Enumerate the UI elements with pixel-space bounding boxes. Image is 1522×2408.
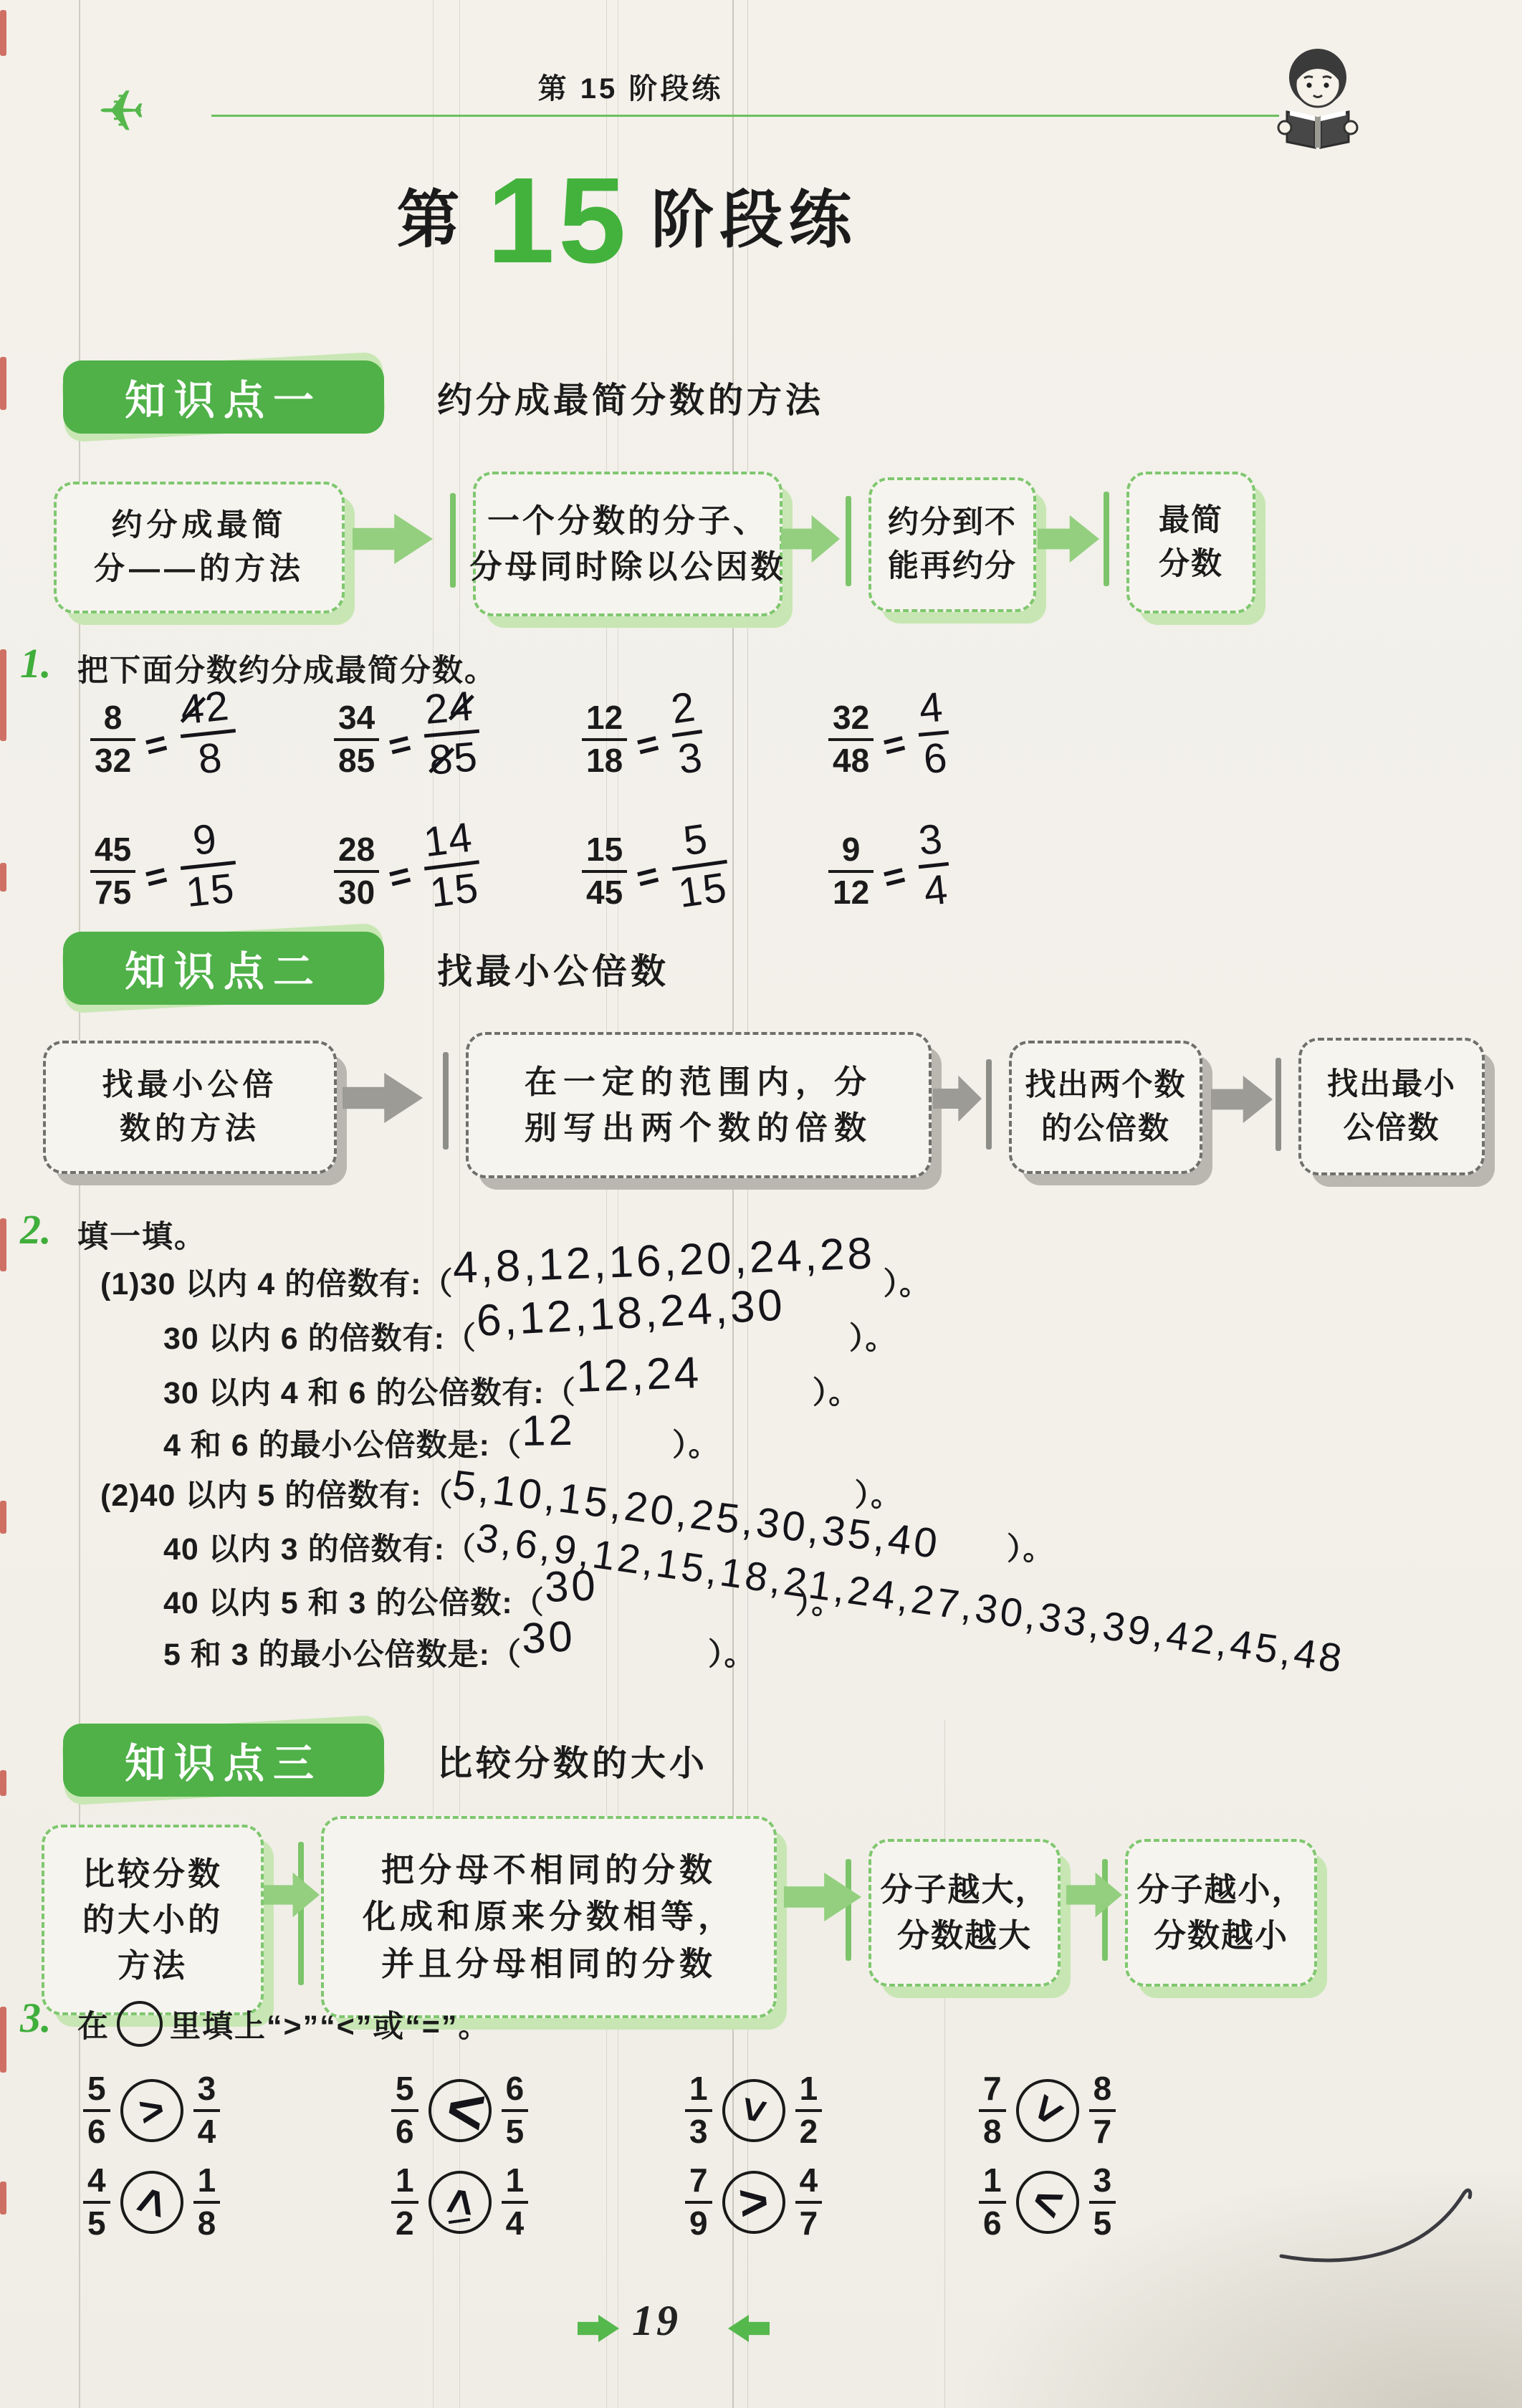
flow-box: 分子越大，分数越大 — [868, 1839, 1061, 1987]
scan-red-mark — [0, 1770, 6, 1796]
handwritten-comparison-symbol: > — [736, 2172, 771, 2232]
handwritten-answer-fraction: 915 — [176, 816, 240, 915]
scan-red-mark — [0, 2007, 6, 2073]
handwritten-answer: 12,24 — [576, 1363, 813, 1414]
handwritten-digit: 9 — [191, 816, 220, 864]
fill-in-prefix: 5 和 3 的最小公倍数是:（ — [163, 1638, 522, 1672]
fraction-simplify-item: 4575=915 — [90, 824, 235, 919]
printed-fraction: 34 — [193, 2071, 221, 2149]
fraction-denominator: 4 — [502, 2201, 529, 2242]
handwritten-comparison-symbol: < — [1018, 2084, 1077, 2136]
flow-box: 一个分数的分子、分母同时除以公因数 — [473, 472, 782, 616]
flow-box-line: 方法 — [118, 1943, 188, 1989]
fill-in-line: 5 和 3 的最小公倍数是:（30）。 — [163, 1625, 756, 1675]
handwritten-numerator: 2 — [666, 685, 702, 734]
question-2-number: 2. — [20, 1205, 52, 1253]
scan-red-mark — [0, 863, 6, 892]
fill-in-line: 40 以内 3 的倍数有:（3,6,9,12,15,18,21,24,27,30… — [163, 1522, 1054, 1569]
scan-crease-line — [747, 0, 748, 2408]
fraction-numerator: 1 — [685, 2071, 712, 2109]
handwritten-answer-text: 30 — [520, 1611, 576, 1663]
arrow-left-icon — [728, 2315, 770, 2342]
handwritten-equals: = — [632, 854, 664, 901]
flow-box-line: 把分母不相同的分数 — [381, 1847, 717, 1893]
handwritten-equals: = — [140, 854, 172, 901]
handwritten-digit: 15 — [427, 864, 482, 917]
printed-fraction: 12 — [391, 2163, 418, 2241]
fraction-denominator: 18 — [582, 738, 627, 779]
scan-red-mark — [0, 1501, 6, 1534]
handwritten-digit: 6 — [922, 734, 950, 783]
printed-fraction: 47 — [795, 2163, 823, 2241]
printed-fraction: 79 — [685, 2163, 712, 2241]
plane-icon: ✈ — [97, 83, 145, 140]
printed-fraction: 16 — [979, 2163, 1006, 2241]
fraction-numerator: 3 — [1089, 2163, 1116, 2201]
scan-red-mark — [0, 1218, 6, 1271]
fraction-simplify-item: 1218=23 — [582, 692, 702, 787]
printed-fraction: 35 — [1089, 2163, 1116, 2241]
flow-connector-bar — [450, 493, 456, 588]
handwritten-equals: = — [632, 722, 664, 769]
flow-connector-bar — [986, 1059, 992, 1150]
printed-fraction: 56 — [83, 2071, 110, 2149]
handwritten-answer: 30 — [522, 1625, 708, 1675]
fraction-simplify-item: 912=34 — [828, 824, 949, 919]
flow-box: 在一定的范围内，分别写出两个数的倍数 — [466, 1032, 932, 1178]
fraction-denominator: 9 — [685, 2201, 712, 2242]
handwritten-denominator: 15 — [672, 860, 733, 917]
fraction-denominator: 48 — [828, 738, 874, 779]
fraction-denominator: 6 — [979, 2201, 1006, 2242]
fraction-compare-item: 78<87 — [979, 2071, 1116, 2149]
handwritten-digit: 2 — [668, 683, 699, 732]
scan-red-mark — [0, 10, 6, 56]
flow-box-line: 数的方法 — [120, 1107, 260, 1151]
page-number: 19 — [632, 2296, 681, 2346]
fraction-simplify-item: 1545=515 — [582, 824, 727, 919]
flow-box-line: 别写出两个数的倍数 — [525, 1105, 873, 1151]
flow-box: 找出最小公倍数 — [1298, 1038, 1485, 1175]
fraction-numerator: 8 — [90, 700, 135, 738]
handwritten-answer-fraction: 34 — [914, 817, 954, 914]
printed-fraction: 56 — [391, 2071, 418, 2149]
handwritten-digit: 3 — [916, 816, 945, 864]
fill-in-prefix: 40 以内 5 和 3 的公倍数:（ — [163, 1586, 545, 1620]
flow-box-line: 找出最小 — [1327, 1063, 1456, 1107]
header-title: 第 15 阶段练 — [494, 66, 767, 107]
handwritten-numerator: 9 — [176, 816, 235, 866]
handwritten-answer-text: 12,24 — [575, 1347, 702, 1403]
fraction-compare-item: 13<12 — [685, 2071, 822, 2149]
printed-fraction: 3248 — [828, 700, 874, 778]
flow-box-line: 一个分数的分子、 — [487, 498, 768, 544]
scan-crease-line — [944, 1720, 945, 2408]
handwritten-numerator: 4 — [914, 685, 949, 732]
fraction-numerator: 8 — [1089, 2071, 1116, 2109]
flow-arrow-icon — [1066, 1870, 1122, 1919]
flow-box-line: 比较分数 — [82, 1851, 223, 1897]
handwritten-answer-fraction: 1415 — [418, 816, 484, 916]
handwritten-digit: 14 — [421, 813, 475, 866]
handwritten-digit: 5 — [451, 733, 480, 782]
fraction-numerator: 1 — [193, 2163, 221, 2201]
fraction-denominator: 75 — [90, 870, 135, 911]
handwritten-equals: = — [879, 722, 910, 769]
fraction-denominator: 4 — [193, 2109, 221, 2150]
fraction-denominator: 7 — [1089, 2109, 1116, 2150]
flow-box-line: 分数越大 — [897, 1913, 1032, 1959]
flow-box-line: 并且分母相同的分数 — [381, 1941, 717, 1987]
fraction-numerator: 9 — [828, 832, 874, 870]
fraction-numerator: 32 — [828, 700, 874, 738]
arrow-right-icon — [578, 2315, 619, 2342]
handwritten-digit: 4 — [917, 684, 946, 732]
answer-circle: < — [1016, 2171, 1079, 2234]
fraction-compare-item: 45>18 — [83, 2163, 220, 2241]
question-3-prompt-pre: 在 — [77, 2010, 110, 2044]
flow-box-line: 约分到不 — [888, 501, 1017, 545]
handwritten-comparison-symbol: > — [135, 2084, 168, 2136]
flow-arrow-icon — [264, 1870, 320, 1919]
handwritten-answer-fraction: 23 — [666, 685, 709, 783]
handwritten-comparison-symbol: < — [441, 2070, 491, 2150]
badge-label: 知识点二 — [63, 932, 384, 1005]
scan-crease-line — [732, 0, 734, 2408]
flow-box-line: 化成和原来分数相等， — [363, 1893, 735, 1940]
blank-circle-icon — [117, 2001, 163, 2047]
flow-connector-bar — [1104, 492, 1109, 586]
answer-circle: < — [1016, 2079, 1079, 2142]
handwritten-numerator: 42 — [176, 684, 235, 735]
handwritten-digit: 15 — [183, 864, 237, 916]
printed-fraction: 18 — [193, 2163, 221, 2241]
fraction-numerator: 12 — [582, 700, 627, 738]
fill-in-line: (2)40 以内 5 的倍数有:（5,10,15,20,25,30,35,40）… — [100, 1468, 902, 1516]
printed-fraction: 4575 — [90, 832, 135, 910]
flow-box-line: 约分成最简 — [112, 504, 287, 548]
answer-circle: > — [120, 2171, 183, 2234]
question-3-prompt: 在里填上“>”“<”或“=”。 — [77, 2001, 490, 2047]
fraction-numerator: 15 — [582, 832, 627, 870]
fill-in-prefix: (2)40 以内 5 的倍数有:（ — [100, 1478, 453, 1513]
fraction-compare-item: 16<35 — [979, 2163, 1116, 2241]
workbook-page: ✈ 第 15 阶段练 第 15 阶段练 知识点一 约分成最简分数的方法 知识点二… — [0, 0, 1522, 2408]
header-rule — [211, 115, 1279, 117]
page-title: 第 15 阶段练 — [215, 169, 1039, 273]
scan-crease-line — [606, 0, 607, 2408]
handwritten-denominator: 6 — [918, 730, 952, 782]
answer-circle: > — [429, 2171, 492, 2234]
handwritten-denominator: 4 — [918, 862, 953, 914]
flow-connector-bar — [298, 1842, 304, 1985]
flow-box-line: 分子越小， — [1136, 1867, 1305, 1913]
fraction-numerator: 3 — [193, 2071, 221, 2109]
section-3-title: 比较分数的大小 — [437, 1736, 708, 1786]
handwritten-comparison-symbol: < — [727, 2093, 780, 2127]
badge-knowledge-point-1: 知识点一 — [63, 360, 384, 434]
flow-connector-bar — [846, 496, 851, 586]
fraction-denominator: 8 — [193, 2201, 221, 2242]
fill-in-line: 4 和 6 的最小公倍数是:（12）。 — [163, 1416, 720, 1466]
flow-box: 找最小公倍数的方法 — [43, 1041, 337, 1174]
printed-fraction: 3485 — [334, 700, 379, 778]
printed-fraction: 12 — [795, 2071, 823, 2149]
flow-connector-bar — [846, 1859, 851, 1961]
printed-fraction: 78 — [979, 2071, 1006, 2149]
flow-box-line: 在一定的范围内，分 — [525, 1059, 873, 1105]
handwritten-numerator: 14 — [418, 816, 479, 867]
flow-arrow-icon — [933, 1074, 982, 1124]
fill-in-suffix: ）。 — [795, 1586, 843, 1620]
printed-fraction: 1545 — [582, 832, 627, 910]
flow-connector-bar — [1275, 1058, 1281, 1151]
handwritten-swoosh — [1275, 2171, 1490, 2279]
handwritten-digit: 4 — [922, 866, 951, 914]
handwritten-digit: 15 — [675, 864, 730, 917]
handwritten-answer-fraction: 515 — [666, 815, 733, 916]
fraction-simplify-item: 3248=46 — [828, 692, 949, 787]
answer-circle: < — [429, 2079, 492, 2142]
handwritten-numerator: 24 — [420, 684, 479, 734]
scan-crease-line — [433, 0, 434, 2408]
printed-fraction: 1218 — [582, 700, 627, 778]
section-1-title: 约分成最简分数的方法 — [437, 373, 824, 423]
handwritten-denominator: 8 — [180, 729, 239, 784]
printed-fraction: 13 — [685, 2071, 712, 2149]
boy-reading-icon — [1274, 44, 1361, 153]
fraction-numerator: 1 — [391, 2163, 418, 2201]
fraction-denominator: 12 — [828, 870, 874, 911]
fraction-compare-item: 79>47 — [685, 2163, 822, 2241]
fraction-compare-item: 56>34 — [83, 2071, 220, 2149]
fill-in-prefix: 30 以内 4 和 6 的公倍数有:（ — [163, 1376, 576, 1410]
flow-arrow-icon — [781, 513, 840, 565]
flow-box: 约分到不能再约分 — [868, 477, 1036, 612]
section-2-title: 找最小公倍数 — [437, 944, 669, 994]
page-title-number: 15 — [487, 169, 629, 273]
handwritten-digit: 5 — [680, 815, 711, 864]
fraction-simplify-item: 832=428 — [90, 692, 235, 787]
flow-arrow-icon — [353, 512, 433, 566]
fill-in-suffix: ）。 — [813, 1376, 861, 1410]
handwritten-answer: 12 — [522, 1416, 672, 1466]
printed-fraction: 912 — [828, 832, 874, 910]
printed-fraction: 2830 — [334, 832, 379, 910]
badge-knowledge-point-3: 知识点三 — [63, 1724, 384, 1797]
handwritten-denominator: 15 — [180, 861, 239, 916]
handwritten-answer: 5,10,15,20,25,30,35,40 — [453, 1468, 854, 1516]
flow-arrow-icon — [343, 1071, 423, 1125]
printed-fraction: 45 — [83, 2163, 110, 2241]
handwritten-comparison-symbol: > — [432, 2185, 488, 2219]
fraction-denominator: 6 — [391, 2109, 418, 2150]
flow-box: 分子越小，分数越小 — [1125, 1839, 1317, 1987]
question-2-prompt: 填一填。 — [77, 1213, 206, 1256]
answer-circle: < — [722, 2079, 785, 2142]
handwritten-equals: = — [384, 854, 416, 901]
fill-in-prefix: 4 和 6 的最小公倍数是:（ — [163, 1428, 522, 1463]
handwritten-denominator: 3 — [671, 730, 708, 783]
handwritten-equals: = — [140, 722, 172, 769]
flow-box-line: 能再约分 — [888, 545, 1017, 588]
handwritten-numerator: 3 — [914, 817, 949, 865]
fill-in-suffix: ）。 — [672, 1428, 720, 1463]
answer-circle: > — [722, 2171, 785, 2234]
handwritten-comparison-symbol: < — [1024, 2171, 1071, 2233]
fill-in-line: 30 以内 4 和 6 的公倍数有:（12,24）。 — [163, 1363, 860, 1414]
fraction-numerator: 1 — [979, 2163, 1006, 2201]
scan-red-mark — [0, 2182, 6, 2214]
fraction-numerator: 1 — [795, 2071, 823, 2109]
flow-box-line: 的大小的 — [82, 1897, 223, 1943]
flow-box-line: 找最小公倍 — [102, 1064, 278, 1107]
fill-in-suffix: ）。 — [708, 1638, 756, 1672]
fraction-denominator: 3 — [685, 2109, 712, 2150]
handwritten-answer: 30 — [545, 1574, 795, 1623]
flow-box-line: 分数 — [1159, 543, 1223, 586]
scan-crease-line — [618, 0, 618, 2408]
fraction-denominator: 6 — [83, 2109, 110, 2150]
printed-fraction: 14 — [502, 2163, 529, 2241]
printed-fraction: 832 — [90, 700, 135, 778]
scan-crease-line — [459, 0, 460, 2408]
flow-box-line: 找出两个数 — [1025, 1064, 1187, 1107]
handwritten-dash — [448, 2218, 469, 2224]
flow-arrow-icon — [1038, 513, 1099, 565]
scan-red-mark — [0, 649, 6, 741]
flow-arrow-icon — [1211, 1074, 1273, 1125]
scan-red-mark — [0, 357, 6, 410]
crossed-out-digit: 4 — [447, 684, 475, 730]
crossed-out-digit: 8 — [427, 737, 455, 783]
fraction-denominator: 7 — [795, 2201, 823, 2242]
fraction-numerator: 34 — [334, 700, 379, 738]
flow-box-line: 的公倍数 — [1041, 1107, 1170, 1151]
question-1-number: 1. — [20, 639, 52, 687]
fill-in-suffix: ）。 — [854, 1478, 902, 1513]
flow-box-line: 公倍数 — [1344, 1107, 1440, 1150]
fraction-denominator: 8 — [979, 2109, 1006, 2150]
badge-knowledge-point-2: 知识点二 — [63, 932, 384, 1005]
badge-label: 知识点一 — [63, 360, 384, 434]
fraction-denominator: 85 — [334, 738, 379, 779]
fraction-denominator: 30 — [334, 870, 379, 911]
handwritten-digit: 2 — [423, 684, 451, 733]
handwritten-digit: 3 — [675, 733, 706, 783]
flow-box-line: 分子越大， — [880, 1867, 1048, 1913]
flow-box: 把分母不相同的分数化成和原来分数相等，并且分母相同的分数 — [321, 1816, 777, 2018]
fraction-denominator: 5 — [502, 2109, 529, 2150]
fill-in-suffix: ）。 — [849, 1322, 897, 1356]
question-1-prompt: 把下面分数约分成最简分数。 — [77, 646, 497, 690]
handwritten-denominator: 85 — [423, 730, 482, 783]
fill-in-line: 40 以内 5 和 3 的公倍数:（30）。 — [163, 1574, 843, 1623]
fraction-denominator: 5 — [83, 2201, 110, 2242]
fraction-compare-item: 56<65 — [391, 2071, 528, 2149]
fraction-denominator: 5 — [1089, 2201, 1116, 2242]
handwritten-comparison-symbol: > — [121, 2180, 182, 2224]
handwritten-answer-fraction: 2485 — [420, 684, 483, 783]
handwritten-answer-text: 30 — [544, 1560, 599, 1612]
handwritten-digit: 8 — [196, 734, 225, 783]
fill-in-prefix: 30 以内 6 的倍数有:（ — [163, 1322, 477, 1356]
fraction-numerator: 6 — [502, 2071, 529, 2109]
fill-in-prefix: 40 以内 3 的倍数有:（ — [163, 1532, 477, 1567]
handwritten-answer-fraction: 46 — [914, 685, 953, 782]
fraction-compare-item: 12>14 — [391, 2163, 528, 2241]
question-3-prompt-post: 里填上“>”“<”或“=”。 — [170, 2010, 490, 2044]
handwritten-answer-text: 4,8,12,16,20,24,28 — [452, 1228, 876, 1294]
printed-fraction: 65 — [502, 2071, 529, 2149]
fraction-numerator: 7 — [979, 2071, 1006, 2109]
flow-box: 比较分数的大小的方法 — [42, 1825, 264, 2015]
fill-in-prefix: (1)30 以内 4 的倍数有:（ — [100, 1267, 453, 1301]
answer-circle: > — [120, 2079, 183, 2142]
fraction-denominator: 32 — [90, 738, 135, 779]
handwritten-answer-fraction: 428 — [176, 684, 240, 783]
flow-box-line: 分数越小 — [1154, 1913, 1288, 1959]
flow-box: 约分成最简分——的方法 — [54, 482, 345, 613]
page-title-suffix: 阶段练 — [651, 170, 858, 273]
handwritten-answer-text: 12 — [521, 1405, 575, 1456]
fraction-numerator: 1 — [502, 2163, 529, 2201]
printed-fraction: 87 — [1089, 2071, 1116, 2149]
fraction-numerator: 4 — [795, 2163, 823, 2201]
fraction-numerator: 45 — [90, 832, 135, 870]
handwritten-equals: = — [879, 854, 910, 901]
handwritten-denominator: 15 — [423, 860, 484, 916]
fraction-denominator: 2 — [795, 2109, 823, 2150]
handwritten-equals: = — [384, 722, 416, 769]
flow-box: 最简分数 — [1126, 472, 1255, 613]
crossed-out-digit: 4 — [178, 687, 207, 732]
fraction-simplify-item: 2830=1415 — [334, 824, 479, 919]
fill-in-suffix: ）。 — [883, 1267, 931, 1301]
fraction-numerator: 5 — [391, 2071, 418, 2109]
fraction-numerator: 4 — [83, 2163, 110, 2201]
flow-box: 找出两个数的公倍数 — [1009, 1041, 1202, 1174]
flow-box-line: 分——的方法 — [94, 548, 305, 591]
flow-box-line: 分母同时除以公因数 — [470, 544, 786, 590]
fraction-numerator: 28 — [334, 832, 379, 870]
page-title-prefix: 第 — [396, 170, 465, 273]
badge-label: 知识点三 — [63, 1724, 384, 1797]
fraction-numerator: 7 — [685, 2163, 712, 2201]
handwritten-numerator: 5 — [666, 815, 727, 867]
fill-in-line: 30 以内 6 的倍数有:（6,12,18,24,30）。 — [163, 1309, 896, 1360]
fill-in-suffix: ）。 — [1007, 1532, 1055, 1567]
fraction-denominator: 45 — [582, 870, 627, 911]
fraction-numerator: 5 — [83, 2071, 110, 2109]
fraction-denominator: 2 — [391, 2201, 418, 2242]
flow-connector-bar — [443, 1052, 449, 1150]
question-3-number: 3. — [20, 1994, 52, 2042]
flow-box-line: 最简 — [1159, 499, 1223, 543]
fraction-simplify-item: 3485=2485 — [334, 692, 479, 787]
